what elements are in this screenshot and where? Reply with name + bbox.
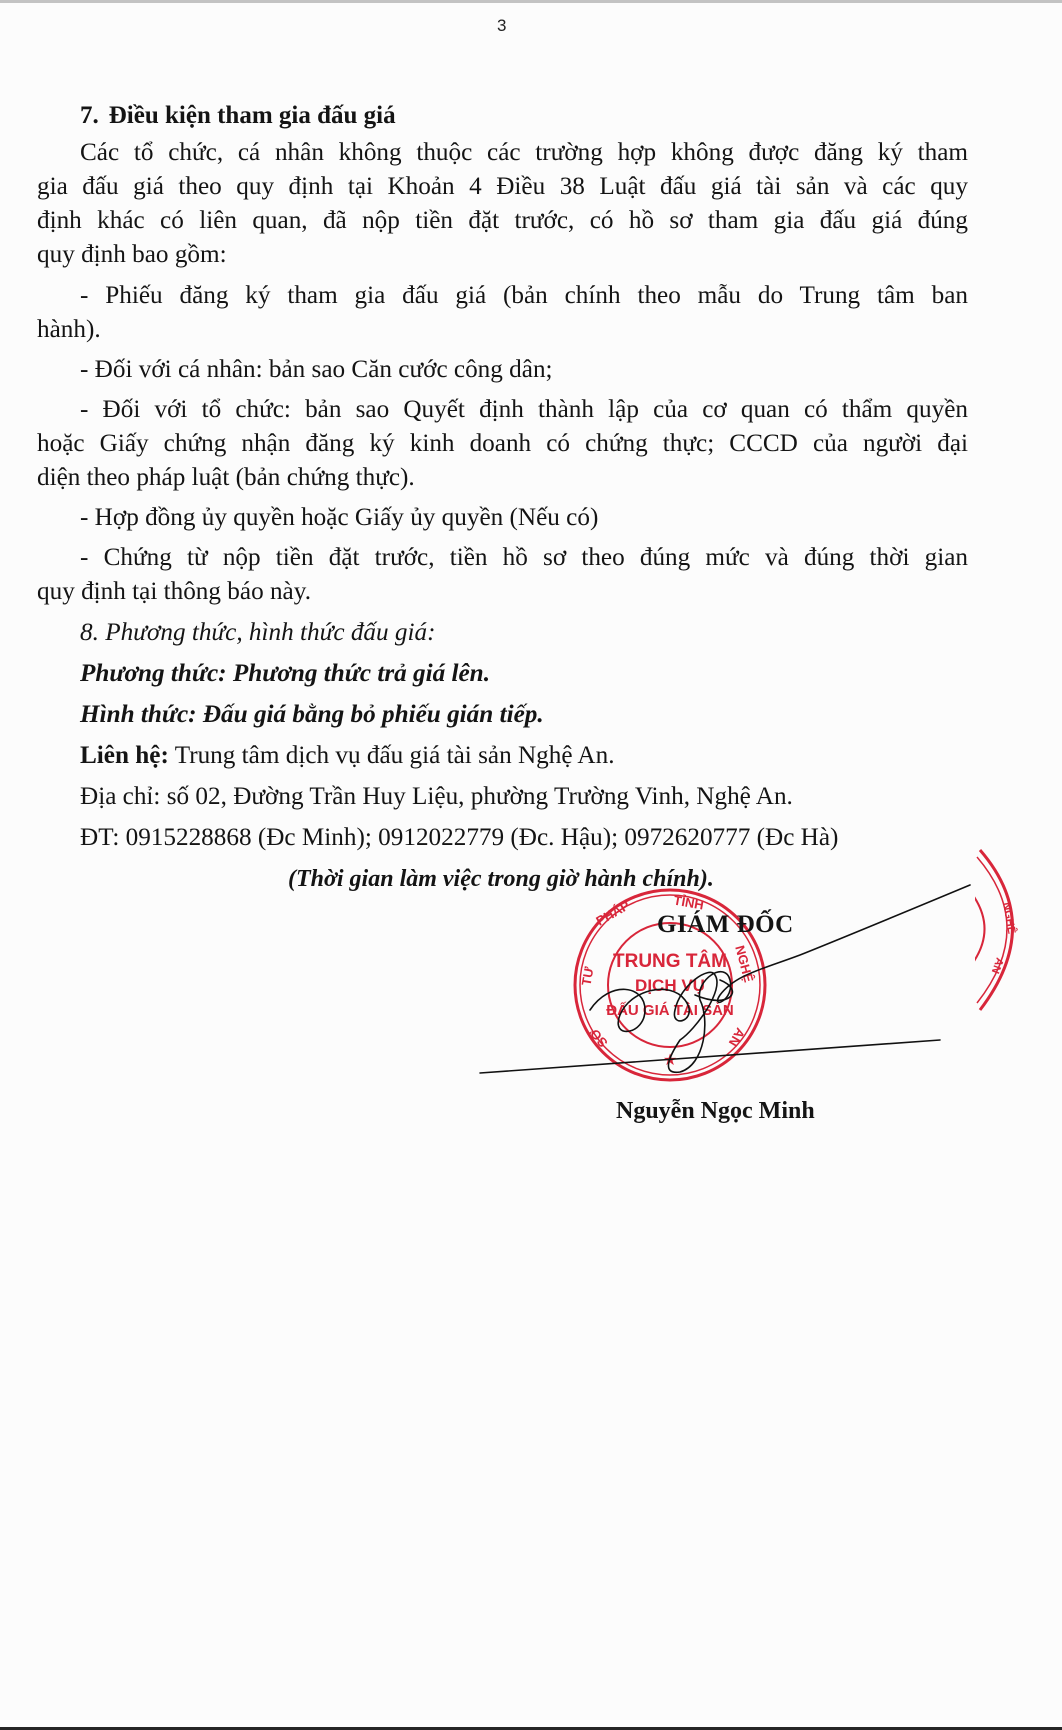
signer-name: Nguyễn Ngọc Minh <box>616 1098 815 1125</box>
item-1-line-2: hành). <box>37 315 101 345</box>
svg-text:NGHỆ: NGHỆ <box>1000 901 1018 935</box>
intro-line-3: định khác có liên quan, đã nộp tiền đặt … <box>37 206 968 236</box>
item-5-line-2: quy định tại thông báo này. <box>37 577 311 607</box>
item-4-line-1: - Hợp đồng ủy quyền hoặc Giấy ủy quyền (… <box>80 503 598 533</box>
document-page: 3 7.Điều kiện tham gia đấu giá Các tổ ch… <box>0 0 1062 1727</box>
intro-line-1: Các tổ chức, cá nhân không thuộc các trư… <box>80 138 968 168</box>
item-1-line-1: - Phiếu đăng ký tham gia đấu giá (bản ch… <box>80 281 968 311</box>
item-3-line-3: diện theo pháp luật (bản chứng thực). <box>37 463 415 493</box>
section-7-number: 7. <box>80 102 99 129</box>
item-3-line-2: hoặc Giấy chứng nhận đăng ký kinh doanh … <box>37 429 968 459</box>
auction-form: Hình thức: Đấu giá bằng bỏ phiếu gián ti… <box>80 700 544 730</box>
contact-label: Liên hệ: <box>80 742 169 769</box>
auction-method: Phương thức: Phương thức trả giá lên. <box>80 659 490 689</box>
contact-address: Địa chỉ: số 02, Đường Trần Huy Liệu, phư… <box>80 782 793 812</box>
section-7-title: Điều kiện tham gia đấu giá <box>109 102 396 129</box>
intro-line-4: quy định bao gồm: <box>37 240 227 270</box>
handwritten-signature-icon <box>470 860 990 1080</box>
page-number: 3 <box>497 16 506 36</box>
intro-line-2: gia đấu giá theo quy định tại Khoản 4 Đi… <box>37 172 968 202</box>
item-2-line-1: - Đối với cá nhân: bản sao Căn cước công… <box>80 355 553 385</box>
scan-top-edge <box>0 0 1062 3</box>
contact-line: Liên hệ: Trung tâm dịch vụ đấu giá tài s… <box>80 741 615 771</box>
item-5-line-1: - Chứng từ nộp tiền đặt trước, tiền hồ s… <box>80 543 968 573</box>
section-7-heading: 7.Điều kiện tham gia đấu giá <box>80 101 396 131</box>
item-3-line-1: - Đối với tổ chức: bản sao Quyết định th… <box>80 395 968 425</box>
contact-phones: ĐT: 0915228868 (Đc Minh); 0912022779 (Đc… <box>80 823 838 853</box>
section-8-heading: 8. Phương thức, hình thức đấu giá: <box>80 618 435 648</box>
contact-value: Trung tâm dịch vụ đấu giá tài sản Nghệ A… <box>169 742 615 769</box>
